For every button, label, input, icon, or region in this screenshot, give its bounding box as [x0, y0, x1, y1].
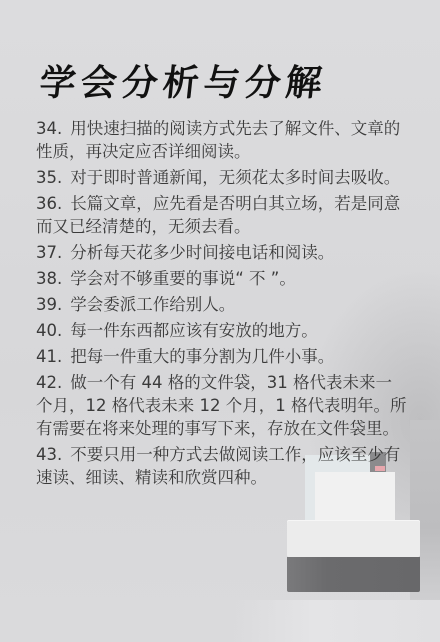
item-number: 37.: [36, 243, 62, 262]
item-number: 43.: [36, 445, 62, 464]
item-text: 对于即时普通新闻，无须花太多时间去吸收。: [70, 168, 400, 187]
item-text: 把每一件重大的事分割为几件小事。: [70, 347, 334, 366]
item-text: 学会对不够重要的事说“ 不 ”。: [70, 269, 296, 288]
list-item: 38.学会对不够重要的事说“ 不 ”。: [36, 267, 408, 290]
item-text: 每一件东西都应该有安放的地方。: [70, 321, 318, 340]
list-item: 34.用快速扫描的阅读方式先去了解文件、文章的性质，再决定应否详细阅读。: [36, 117, 408, 163]
item-number: 35.: [36, 168, 62, 187]
page-title: 学会分析与分解: [37, 55, 329, 106]
decorative-organizer-box: [287, 520, 420, 630]
list-item: 42.做一个有 44 格的文件袋，31 格代表未来一个月，12 格代表未来 12…: [36, 371, 408, 440]
item-number: 38.: [36, 269, 62, 288]
list-item: 37.分析每天花多少时间接电话和阅读。: [36, 241, 408, 264]
list-item: 41.把每一件重大的事分割为几件小事。: [36, 345, 408, 368]
item-number: 41.: [36, 347, 62, 366]
item-text: 用快速扫描的阅读方式先去了解文件、文章的性质，再决定应否详细阅读。: [36, 119, 400, 161]
tips-list: 34.用快速扫描的阅读方式先去了解文件、文章的性质，再决定应否详细阅读。 35.…: [36, 117, 408, 492]
item-text: 做一个有 44 格的文件袋，31 格代表未来一个月，12 格代表未来 12 个月…: [36, 373, 406, 438]
item-number: 40.: [36, 321, 62, 340]
item-number: 42.: [36, 373, 62, 392]
organizer-box-top: [287, 520, 420, 557]
list-item: 35.对于即时普通新闻，无须花太多时间去吸收。: [36, 166, 408, 189]
list-item: 40.每一件东西都应该有安放的地方。: [36, 319, 408, 342]
item-text: 分析每天花多少时间接电话和阅读。: [70, 243, 334, 262]
item-text: 长篇文章，应先看是否明白其立场，若是同意而又已经清楚的，无须去看。: [36, 194, 400, 236]
list-item: 39.学会委派工作给别人。: [36, 293, 408, 316]
item-text: 学会委派工作给别人。: [70, 295, 235, 314]
organizer-box-bottom: [287, 557, 420, 592]
item-number: 36.: [36, 194, 62, 213]
item-text: 不要只用一种方式去做阅读工作，应该至少有速读、细读、精读和欣赏四种。: [36, 445, 400, 487]
list-item: 36.长篇文章，应先看是否明白其立场，若是同意而又已经清楚的，无须去看。: [36, 192, 408, 238]
list-item: 43.不要只用一种方式去做阅读工作，应该至少有速读、细读、精读和欣赏四种。: [36, 443, 408, 489]
item-number: 34.: [36, 119, 62, 138]
item-number: 39.: [36, 295, 62, 314]
